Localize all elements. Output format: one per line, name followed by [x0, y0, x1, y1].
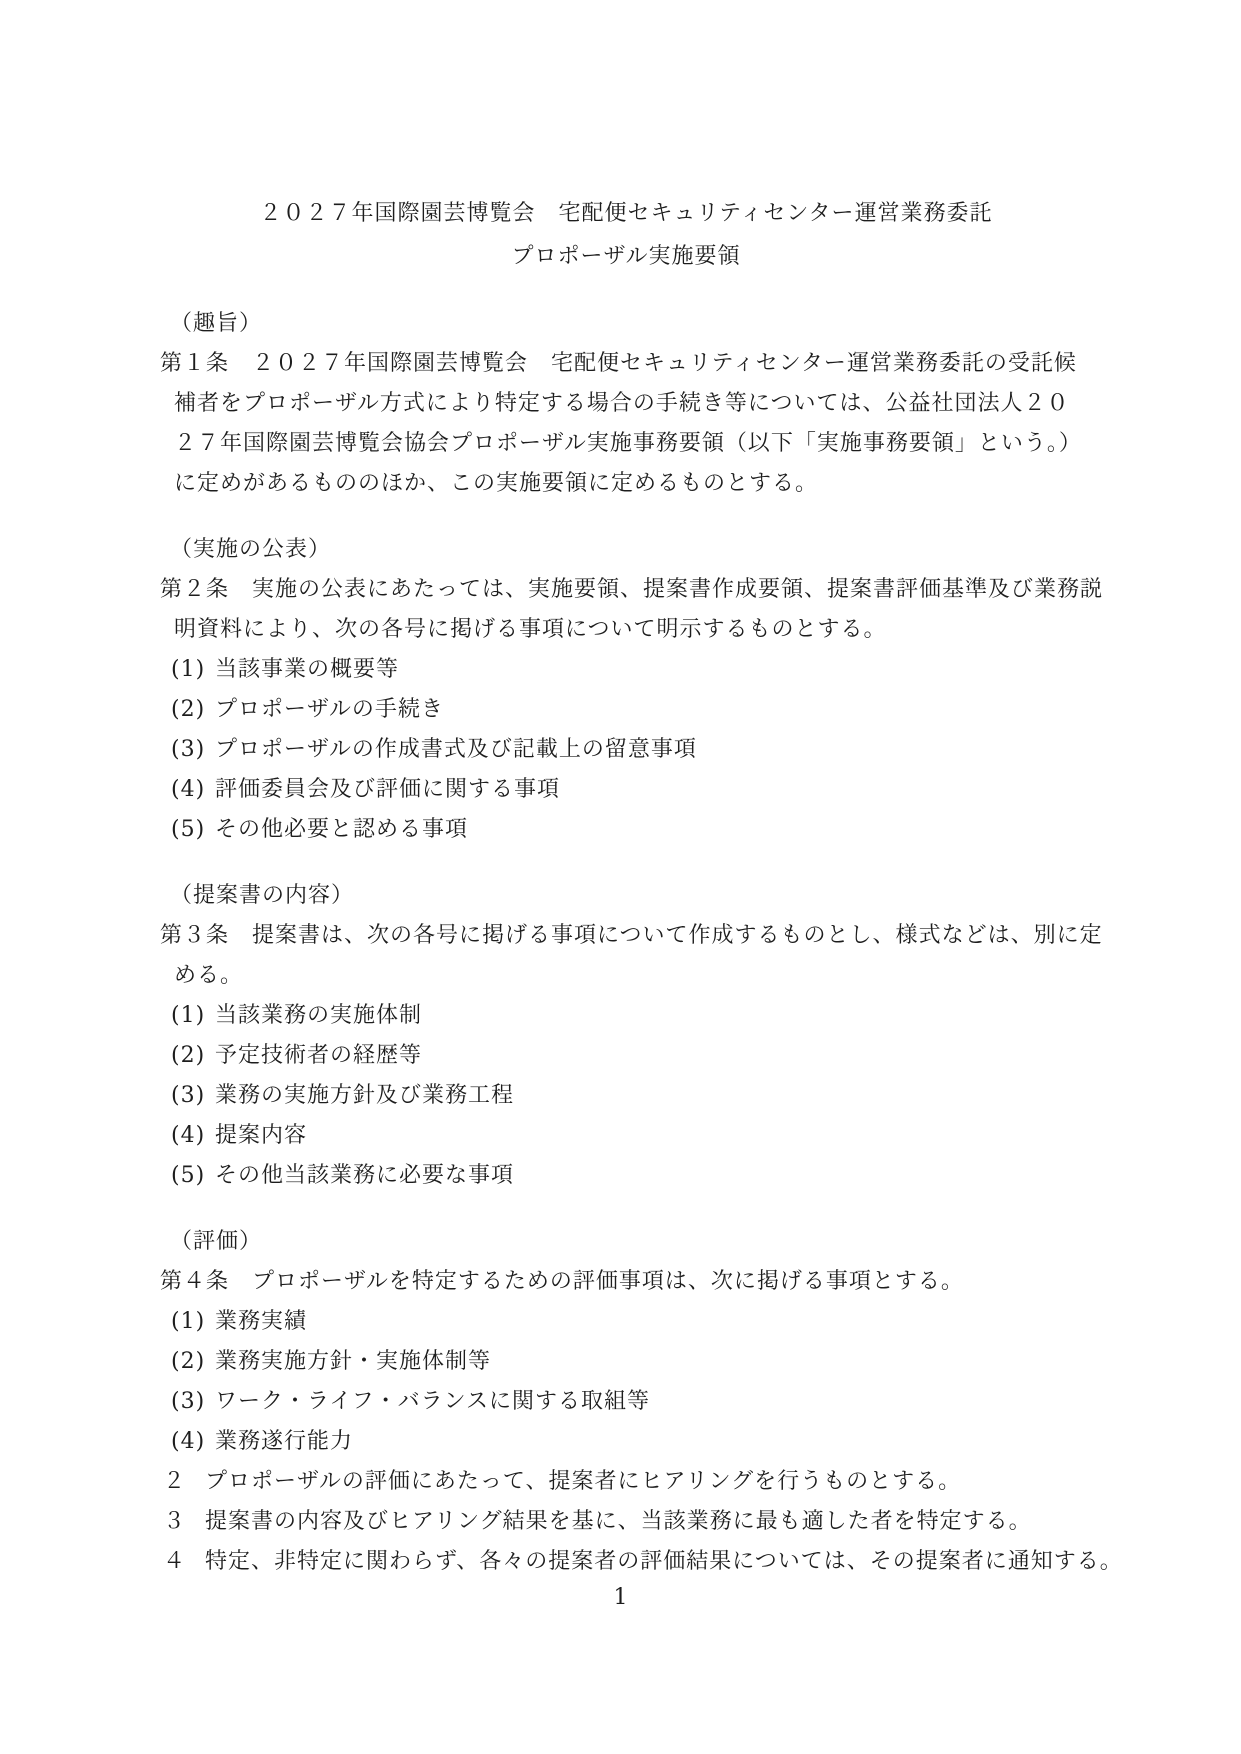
item-text: その他必要と認める事項	[215, 810, 468, 850]
article-line: 第４条 プロポーザルを特定するための評価事項は、次に掲げる事項とする。	[160, 1262, 1092, 1302]
sub-paragraph-number: ２	[163, 1462, 205, 1502]
list-item: (1) 業務実績	[160, 1302, 1092, 1342]
item-number: (2)	[171, 1342, 215, 1382]
item-text: 当該事業の概要等	[215, 650, 399, 690]
item-text: その他当該業務に必要な事項	[215, 1156, 514, 1196]
section-heading: （趣旨）	[160, 304, 1092, 344]
item-number: (1)	[171, 1302, 215, 1342]
item-text: 評価委員会及び評価に関する事項	[215, 770, 560, 810]
item-number: (4)	[171, 1422, 215, 1462]
sub-paragraph: ３ 提案書の内容及びヒアリング結果を基に、当該業務に最も適した者を特定する。	[160, 1502, 1092, 1542]
section-purpose: （趣旨） 第１条 ２０２７年国際園芸博覧会 宅配便セキュリティセンター運営業務委…	[160, 304, 1092, 504]
item-number: (3)	[171, 1382, 215, 1422]
list-item: (2) 業務実施方針・実施体制等	[160, 1342, 1092, 1382]
section-proposal-contents: （提案書の内容） 第３条 提案書は、次の各号に掲げる事項について作成するものとし…	[160, 876, 1092, 1196]
sub-paragraph-text: 提案書の内容及びヒアリング結果を基に、当該業務に最も適した者を特定する。	[205, 1502, 1032, 1542]
list-item: (3) 業務の実施方針及び業務工程	[160, 1076, 1092, 1116]
article-line: 第２条 実施の公表にあたっては、実施要領、提案書作成要領、提案書評価基準及び業務…	[160, 570, 1092, 610]
list-item: (3) プロポーザルの作成書式及び記載上の留意事項	[160, 730, 1092, 770]
section-heading: （評価）	[160, 1222, 1092, 1262]
document-title-line1: ２０２７年国際園芸博覧会 宅配便セキュリティセンター運営業務委託	[160, 192, 1092, 235]
sub-paragraph: ２ プロポーザルの評価にあたって、提案者にヒアリングを行うものとする。	[160, 1462, 1092, 1502]
item-text: ワーク・ライフ・バランスに関する取組等	[215, 1382, 650, 1422]
document-page: ２０２７年国際園芸博覧会 宅配便セキュリティセンター運営業務委託 プロポーザル実…	[0, 0, 1241, 1754]
item-text: 予定技術者の経歴等	[215, 1036, 422, 1076]
section-heading: （実施の公表）	[160, 530, 1092, 570]
list-item: (4) 評価委員会及び評価に関する事項	[160, 770, 1092, 810]
sub-paragraph-number: ３	[163, 1502, 205, 1542]
list-item: (2) 予定技術者の経歴等	[160, 1036, 1092, 1076]
list-item: (1) 当該事業の概要等	[160, 650, 1092, 690]
sub-paragraph: ４ 特定、非特定に関わらず、各々の提案者の評価結果については、その提案者に通知す…	[160, 1542, 1092, 1582]
item-text: プロポーザルの作成書式及び記載上の留意事項	[215, 730, 697, 770]
article-line: 明資料により、次の各号に掲げる事項について明示するものとする。	[160, 610, 1092, 650]
item-text: 業務の実施方針及び業務工程	[215, 1076, 514, 1116]
article-line: 第１条 ２０２７年国際園芸博覧会 宅配便セキュリティセンター運営業務委託の受託候	[160, 344, 1092, 384]
list-item: (3) ワーク・ライフ・バランスに関する取組等	[160, 1382, 1092, 1422]
article-line: に定めがあるもののほか、この実施要領に定めるものとする。	[160, 464, 1092, 504]
list-item: (2) プロポーザルの手続き	[160, 690, 1092, 730]
item-text: 当該業務の実施体制	[215, 996, 422, 1036]
item-number: (3)	[171, 1076, 215, 1116]
item-number: (2)	[171, 1036, 215, 1076]
item-number: (3)	[171, 730, 215, 770]
item-text: 業務実施方針・実施体制等	[215, 1342, 491, 1382]
page-number: 1	[0, 1578, 1241, 1618]
item-number: (4)	[171, 1116, 215, 1156]
item-number: (5)	[171, 810, 215, 850]
sub-paragraph-number: ４	[163, 1542, 205, 1582]
item-text: 提案内容	[215, 1116, 307, 1156]
document-title: ２０２７年国際園芸博覧会 宅配便セキュリティセンター運営業務委託 プロポーザル実…	[160, 192, 1092, 278]
article-line: 第３条 提案書は、次の各号に掲げる事項について作成するものとし、様式などは、別に…	[160, 916, 1092, 956]
item-text: 業務実績	[215, 1302, 307, 1342]
article-line: ２７年国際園芸博覧会協会プロポーザル実施事務要領（以下「実施事務要領」という。）	[160, 424, 1092, 464]
list-item: (5) その他必要と認める事項	[160, 810, 1092, 850]
item-number: (2)	[171, 690, 215, 730]
item-number: (1)	[171, 650, 215, 690]
document-content: ２０２７年国際園芸博覧会 宅配便セキュリティセンター運営業務委託 プロポーザル実…	[160, 0, 1092, 1582]
list-item: (4) 提案内容	[160, 1116, 1092, 1156]
section-evaluation: （評価） 第４条 プロポーザルを特定するための評価事項は、次に掲げる事項とする。…	[160, 1222, 1092, 1582]
item-text: プロポーザルの手続き	[215, 690, 444, 730]
item-number: (5)	[171, 1156, 215, 1196]
sub-paragraph-text: 特定、非特定に関わらず、各々の提案者の評価結果については、その提案者に通知する。	[205, 1542, 1123, 1582]
sub-paragraph-text: プロポーザルの評価にあたって、提案者にヒアリングを行うものとする。	[205, 1462, 961, 1502]
article-line: 補者をプロポーザル方式により特定する場合の手続き等については、公益社団法人２０	[160, 384, 1092, 424]
list-item: (4) 業務遂行能力	[160, 1422, 1092, 1462]
item-number: (1)	[171, 996, 215, 1036]
list-item: (5) その他当該業務に必要な事項	[160, 1156, 1092, 1196]
list-item: (1) 当該業務の実施体制	[160, 996, 1092, 1036]
item-text: 業務遂行能力	[215, 1422, 353, 1462]
item-number: (4)	[171, 770, 215, 810]
article-line: める。	[160, 956, 1092, 996]
section-publication: （実施の公表） 第２条 実施の公表にあたっては、実施要領、提案書作成要領、提案書…	[160, 530, 1092, 850]
section-heading: （提案書の内容）	[160, 876, 1092, 916]
document-title-line2: プロポーザル実施要領	[160, 235, 1092, 278]
